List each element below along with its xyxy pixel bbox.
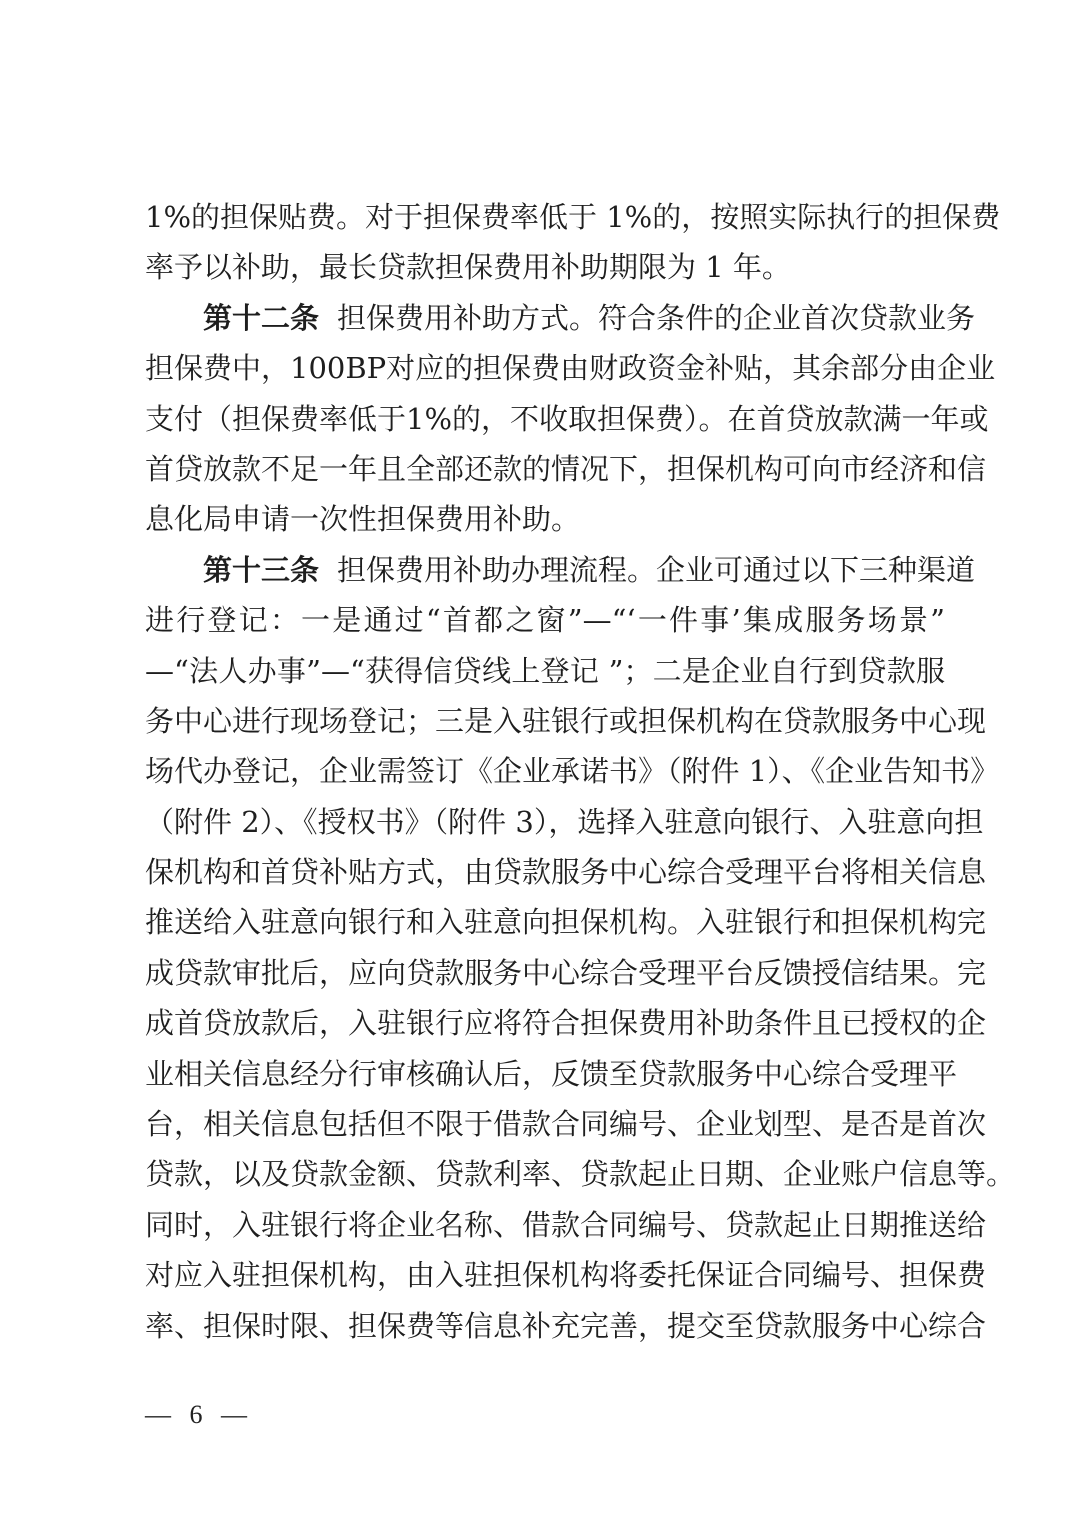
text-line: 1%的担保贴费。对于担保费率低于 1%的，按照实际执行的担保费 bbox=[145, 192, 945, 242]
text-line: 保机构和首贷补贴方式，由贷款服务中心综合受理平台将相关信息 bbox=[145, 847, 945, 897]
text-line: 业相关信息经分行审核确认后，反馈至贷款服务中心综合受理平 bbox=[145, 1049, 945, 1099]
article-title-text: 担保费用补助方式。符合条件的企业首次贷款业务 bbox=[337, 301, 975, 335]
article-number: 第十三条 bbox=[203, 553, 319, 587]
article-12-heading-line: 第十二条担保费用补助方式。符合条件的企业首次贷款业务 bbox=[145, 293, 945, 343]
document-page-body: 1%的担保贴费。对于担保费率低于 1%的，按照实际执行的担保费 率予以补助，最长… bbox=[145, 192, 945, 1351]
text-line: —“法人办事”—“获得信贷线上登记 ”；二是企业自行到贷款服 bbox=[145, 646, 945, 696]
text-line: 贷款，以及贷款金额、贷款利率、贷款起止日期、企业账户信息等。 bbox=[145, 1149, 945, 1199]
text-line: 同时，入驻银行将企业名称、借款合同编号、贷款起止日期推送给 bbox=[145, 1200, 945, 1250]
article-number: 第十二条 bbox=[203, 301, 319, 335]
article-13-heading-line: 第十三条担保费用补助办理流程。企业可通过以下三种渠道 bbox=[145, 545, 945, 595]
text-line: 首贷放款不足一年且全部还款的情况下，担保机构可向市经济和信 bbox=[145, 444, 945, 494]
text-line: 担保费中，100BP对应的担保费由财政资金补贴，其余部分由企业 bbox=[145, 343, 945, 393]
text-line: 台，相关信息包括但不限于借款合同编号、企业划型、是否是首次 bbox=[145, 1099, 945, 1149]
page-number: — 6 — bbox=[145, 1400, 253, 1430]
text-line: （附件 2）、《授权书》（附件 3），选择入驻意向银行、入驻意向担 bbox=[145, 797, 945, 847]
text-line: 成首贷放款后，入驻银行应将符合担保费用补助条件且已授权的企 bbox=[145, 998, 945, 1048]
text-line: 对应入驻担保机构，由入驻担保机构将委托保证合同编号、担保费 bbox=[145, 1250, 945, 1300]
text-line: 进行登记：一是通过“首都之窗”—“‘一件事’集成服务场景” bbox=[145, 595, 945, 645]
text-line: 率、担保时限、担保费等信息补充完善，提交至贷款服务中心综合 bbox=[145, 1301, 945, 1351]
text-line: 支付（担保费率低于1%的，不收取担保费）。在首贷放款满一年或 bbox=[145, 394, 945, 444]
text-line: 成贷款审批后，应向贷款服务中心综合受理平台反馈授信结果。完 bbox=[145, 948, 945, 998]
article-title-text: 担保费用补助办理流程。企业可通过以下三种渠道 bbox=[337, 553, 975, 587]
text-line: 息化局申请一次性担保费用补助。 bbox=[145, 494, 945, 544]
text-line: 推送给入驻意向银行和入驻意向担保机构。入驻银行和担保机构完 bbox=[145, 897, 945, 947]
text-line: 场代办登记，企业需签订《企业承诺书》（附件 1）、《企业告知书》 bbox=[145, 746, 945, 796]
text-line: 率予以补助，最长贷款担保费用补助期限为 1 年。 bbox=[145, 242, 945, 292]
text-line: 务中心进行现场登记；三是入驻银行或担保机构在贷款服务中心现 bbox=[145, 696, 945, 746]
